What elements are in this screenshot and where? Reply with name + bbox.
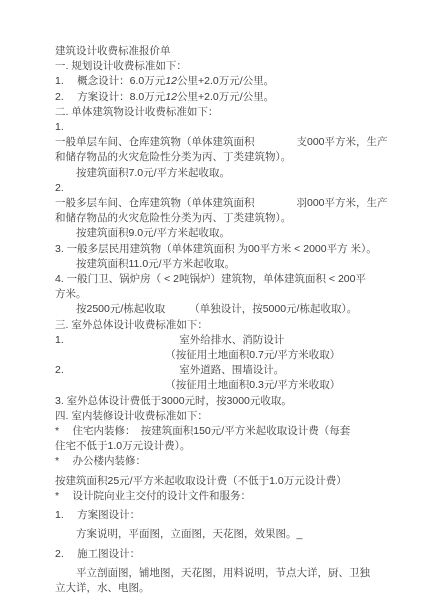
- doc-line: 按建筑面积7.0元/平方米起收取。: [55, 166, 409, 181]
- doc-line: 2. 方案设计：8.0万元12公里+2.0万元/公里。: [55, 90, 409, 105]
- doc-line: 4. 一般门卫、锅炉房（ < 2吨锅炉）建筑物，单体建筑面积 < 200平: [55, 272, 409, 287]
- italic-text-segment: 12: [165, 91, 177, 103]
- doc-line: 1. 方案图设计：: [55, 508, 409, 523]
- doc-line: * 办公楼内装修：: [55, 454, 409, 469]
- text-segment: 公里+2.0万元/公里。: [177, 91, 274, 103]
- doc-line: * 设计院向业主交付的设计文件和服务：: [55, 489, 409, 504]
- doc-line: （按征用土地面积0.3元/平方米收取）: [55, 378, 409, 393]
- doc-line: 按建筑面积25元/平方米起收取设计费（不低于1.0万元设计费）: [55, 474, 409, 489]
- doc-line: 和储存物品的火灾危险性分类为丙、丁类建筑物）。: [55, 150, 409, 165]
- doc-line: 方米。: [55, 287, 409, 302]
- doc-line: 立大详，水、电图。: [55, 581, 409, 596]
- doc-line: 三. 室外总体设计收费标准如下：: [55, 318, 409, 333]
- doc-line: 3. 一般多层民用建筑物（单体建筑面积 为00平方米 < 2000平方 米）。: [55, 242, 409, 257]
- doc-line: 按建筑面积11.0元/平方米起收取。: [55, 257, 409, 272]
- doc-line: 一般单层车间、仓库建筑物（单体建筑面积 支000平方米，生产: [55, 135, 409, 150]
- doc-line: 3. 室外总体设计费低于3000元时，按3000元收取。: [55, 394, 409, 409]
- doc-line: 和储存物品的火灾危险性分类为丙、丁类建筑物）。: [55, 211, 409, 226]
- doc-line: * 住宅内装修： 按建筑面积150元/平方米起收取设计费（每套: [55, 424, 409, 439]
- doc-line: 2. 施工图设计：: [55, 547, 409, 562]
- doc-line: 住宅不低于1.0万元设计费）。: [55, 439, 409, 454]
- doc-line: 按2500元/栋起收取 （单独设计，按5000元/栋起收取）。: [55, 302, 409, 317]
- doc-line: 1. 室外给排水、消防设计: [55, 333, 409, 348]
- doc-line: 四. 室内装修设计收费标准如下：: [55, 409, 409, 424]
- doc-line: 平立剖面图，铺地图，天花图，用料说明，节点大详，厨、卫独: [55, 566, 409, 581]
- doc-line: 一. 规划设计收费标准如下：: [55, 59, 409, 74]
- doc-line: 按建筑面积9.0元/平方米起收取。: [55, 226, 409, 241]
- doc-line: （按征用土地面积0.7元/平方米收取）: [55, 348, 409, 363]
- doc-line: 1.: [55, 120, 409, 135]
- document-page: 建筑设计收费标准报价单 一. 规划设计收费标准如下：1. 概念设计：6.0万元1…: [0, 0, 423, 600]
- doc-line: 二. 单体建筑物设计收费标准如下：: [55, 105, 409, 120]
- doc-lines: 一. 规划设计收费标准如下：1. 概念设计：6.0万元12公里+2.0万元/公里…: [55, 59, 409, 596]
- doc-line: 2.: [55, 181, 409, 196]
- doc-line: 一般多层车间、仓库建筑物（单体建筑面积 羽000平方米，生产: [55, 196, 409, 211]
- text-segment: 公里+2.0万元/公里。: [177, 75, 274, 87]
- doc-line: 方案说明，平面图，立面图，天花图，效果图。_: [55, 527, 409, 542]
- page-title: 建筑设计收费标准报价单: [55, 44, 409, 59]
- doc-line: 2. 室外道路、围墙设计。: [55, 363, 409, 378]
- doc-line: 1. 概念设计：6.0万元12公里+2.0万元/公里。: [55, 74, 409, 89]
- text-segment: 2. 方案设计：8.0万元: [55, 91, 165, 103]
- italic-text-segment: 12: [165, 75, 177, 87]
- text-segment: 1. 概念设计：6.0万元: [55, 75, 165, 87]
